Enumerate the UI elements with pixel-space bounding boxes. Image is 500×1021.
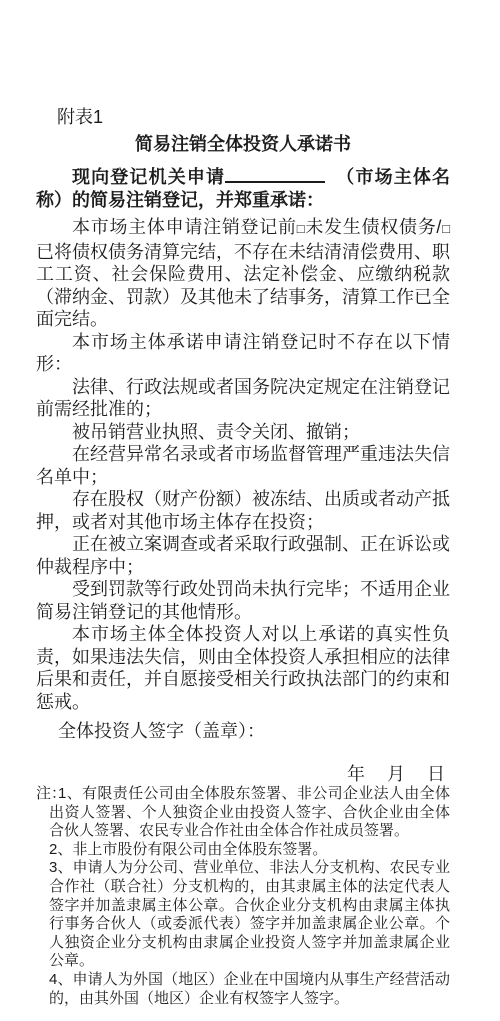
note-item-4: 4、申请人为外国（地区）企业在中国境内从事生产经营活动的，由其外国（地区）企业有… [49,971,450,1008]
condition-abnormal-list-paragraph: 在经营异常名录或者市场监督管理严重违法失信名单中； [36,443,450,488]
option-debts-settled-text: 已将债权债务清算完结，不存在未结清清偿费用、职工工资、社会保险费用、法定补偿金、… [36,242,450,330]
condition-investigation-paragraph: 正在被立案调查或者采取行政强制、正在诉讼或仲裁程序中； [36,533,450,578]
date-line: 年月日 [36,763,450,786]
no-conditions-paragraph: 本市场主体承诺申请注销登记时不存在以下情形： [36,331,450,376]
condition-equity-frozen-paragraph: 存在股权（财产份额）被冻结、出质或者动产抵押，或者对其他市场主体存在投资； [36,488,450,533]
document-page: 附表1 简易注销全体投资人承诺书 现向登记机关申请（市场主体名称）的简易注销登记… [0,0,500,1021]
checkbox-debts-settled[interactable]: □ [441,221,450,236]
liability-paragraph: 本市场主体全体投资人对以上承诺的真实性负责，如果违法失信，则由全体投资人承担相应… [36,623,450,713]
debt-pre-text: 本市场主体申请注销登记前 [72,217,297,237]
year-label: 年 [347,764,365,784]
condition-approval-paragraph: 法律、行政法规或者国务院决定规定在注销登记前需经批准的； [36,376,450,421]
option-no-debts-text: 未发生债权债务 [305,217,436,237]
opening-prefix: 现向登记机关申请 [72,167,225,187]
market-entity-name-blank-field[interactable] [225,163,325,183]
day-label: 日 [427,764,445,784]
note-item-2: 2、非上市股份有限公司由全体股东签署。 [49,841,450,860]
opening-paragraph: 现向登记机关申请（市场主体名称）的简易注销登记，并郑重承诺： [36,163,450,211]
month-label: 月 [387,764,405,784]
appendix-label: 附表1 [57,106,450,129]
note-item-3: 3、申请人为分公司、营业单位、非法人分支机构、农民专业合作社（联合社）分支机构的… [49,859,450,971]
document-title: 简易注销全体投资人承诺书 [36,133,450,156]
condition-license-revoked-paragraph: 被吊销营业执照、责令关闭、撤销； [36,421,450,444]
debt-commitment-paragraph: 本市场主体申请注销登记前□未发生债权债务/□已将债权债务清算完结，不存在未结清清… [36,216,450,331]
notes-label: 注： [36,785,66,804]
note-item-1: 1、有限责任公司由全体股东签署、非公司企业法人由全体出资人签署、个人独资企业由投… [49,785,450,841]
condition-penalty-paragraph: 受到罚款等行政处罚尚未执行完毕；不适用企业简易注销登记的其他情形。 [36,578,450,623]
notes-section: 注： 1、有限责任公司由全体股东签署、非公司企业法人由全体出资人签署、个人独资企… [36,785,450,1008]
signature-label: 全体投资人签字（盖章）： [58,720,450,743]
